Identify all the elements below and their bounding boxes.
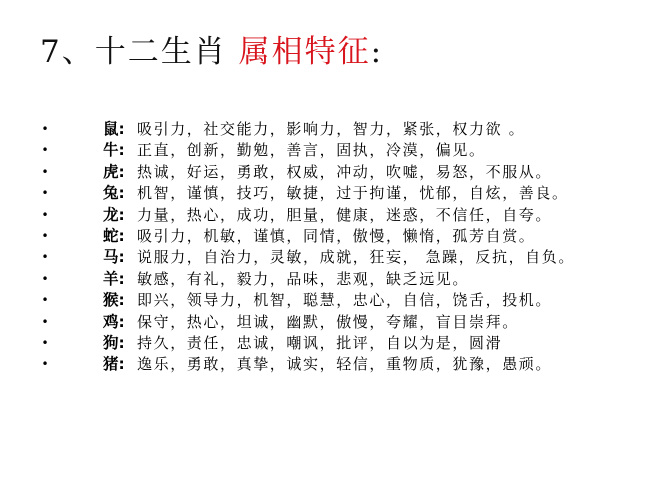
bullet-icon: • — [41, 354, 49, 375]
zodiac-name: 牛: — [103, 140, 125, 161]
list-item-snake: • 蛇: 吸引力，机敏，谨慎，同情，傲慢，懒惰，孤芳自赏。 — [0, 226, 667, 247]
zodiac-name: 兔: — [103, 183, 125, 204]
bullet-icon: • — [41, 205, 49, 226]
zodiac-traits: 机智，谨慎，技巧，敏捷，过于拘谨，忧郁，自炫，善良。 — [137, 183, 569, 204]
list-item-rat: • 鼠: 吸引力，社交能力，影响力，智力，紧张，权力欲 。 — [0, 119, 667, 140]
title-colon: : — [371, 34, 383, 70]
bullet-icon: • — [41, 226, 49, 247]
list-item-horse: • 马: 说服力，自治力，灵敏，成就，狂妄， 急躁，反抗，自负。 — [0, 247, 667, 268]
bullet-icon: • — [41, 290, 49, 311]
bullet-icon: • — [41, 183, 49, 204]
list-item-rabbit: • 兔: 机智，谨慎，技巧，敏捷，过于拘谨，忧郁，自炫，善良。 — [0, 183, 667, 204]
zodiac-traits: 热诚，好运，勇敢，权威，冲动，吹嘘，易怒，不服从。 — [137, 162, 552, 183]
zodiac-traits: 说服力，自治力，灵敏，成就，狂妄， 急躁，反抗，自负。 — [137, 247, 575, 268]
zodiac-traits: 即兴，领导力，机智，聪慧，忠心，自信，饶舌，投机。 — [137, 290, 552, 311]
list-item-goat: • 羊: 敏感，有礼，毅力，品味，悲观，缺乏远见。 — [0, 269, 667, 290]
list-item-dragon: • 龙: 力量，热心，成功，胆量，健康，迷惑，不信任，自夸。 — [0, 205, 667, 226]
list-item-dog: • 狗: 持久，责任，忠诚，嘲讽，批评，自以为是，圆滑 — [0, 333, 667, 354]
list-item-rooster: • 鸡: 保守，热心，坦诚，幽默，傲慢，夸耀，盲目崇拜。 — [0, 312, 667, 333]
bullet-icon: • — [41, 119, 49, 140]
zodiac-name: 狗: — [103, 333, 125, 354]
title-black-text: 十二生肖 — [95, 34, 227, 70]
zodiac-name: 龙: — [103, 205, 125, 226]
zodiac-traits: 力量，热心，成功，胆量，健康，迷惑，不信任，自夸。 — [137, 205, 552, 226]
zodiac-name: 猴: — [103, 290, 125, 311]
bullet-icon: • — [41, 162, 49, 183]
list-item-pig: • 猪: 逸乐，勇敢，真挚，诚实，轻信，重物质，犹豫，愚顽。 — [0, 354, 667, 375]
zodiac-traits: 正直，创新，勤勉，善言，固执，冷漠，偏见。 — [137, 140, 486, 161]
bullet-icon: • — [41, 333, 49, 354]
zodiac-traits: 持久，责任，忠诚，嘲讽，批评，自以为是，圆滑 — [137, 333, 502, 354]
zodiac-traits: 逸乐，勇敢，真挚，诚实，轻信，重物质，犹豫，愚顽。 — [137, 354, 552, 375]
zodiac-traits: 敏感，有礼，毅力，品味，悲观，缺乏远见。 — [137, 269, 469, 290]
zodiac-traits: 吸引力，社交能力，影响力，智力，紧张，权力欲 。 — [137, 119, 525, 140]
bullet-icon: • — [41, 269, 49, 290]
zodiac-name: 鸡: — [103, 312, 125, 333]
zodiac-traits: 保守，热心，坦诚，幽默，傲慢，夸耀，盲目崇拜。 — [137, 312, 519, 333]
bullet-icon: • — [41, 247, 49, 268]
list-item-monkey: • 猴: 即兴，领导力，机智，聪慧，忠心，自信，饶舌，投机。 — [0, 290, 667, 311]
title-red-text: 属相特征 — [239, 34, 371, 70]
zodiac-name: 蛇: — [103, 226, 125, 247]
zodiac-name: 羊: — [103, 269, 125, 290]
zodiac-trait-list: • 鼠: 吸引力，社交能力，影响力，智力，紧张，权力欲 。 • 牛: 正直，创新… — [0, 119, 667, 376]
zodiac-name: 虎: — [103, 162, 125, 183]
slide-title: 7、十二生肖 属相特征: — [40, 30, 383, 74]
list-item-ox: • 牛: 正直，创新，勤勉，善言，固执，冷漠，偏见。 — [0, 140, 667, 161]
zodiac-traits: 吸引力，机敏，谨慎，同情，傲慢，懒惰，孤芳自赏。 — [137, 226, 535, 247]
bullet-icon: • — [41, 140, 49, 161]
zodiac-name: 马: — [103, 247, 125, 268]
zodiac-name: 猪: — [103, 354, 125, 375]
bullet-icon: • — [41, 312, 49, 333]
slide: 7、十二生肖 属相特征: • 鼠: 吸引力，社交能力，影响力，智力，紧张，权力欲… — [0, 0, 667, 500]
title-number: 7、 — [40, 34, 95, 70]
list-item-tiger: • 虎: 热诚，好运，勇敢，权威，冲动，吹嘘，易怒，不服从。 — [0, 162, 667, 183]
zodiac-name: 鼠: — [103, 119, 125, 140]
